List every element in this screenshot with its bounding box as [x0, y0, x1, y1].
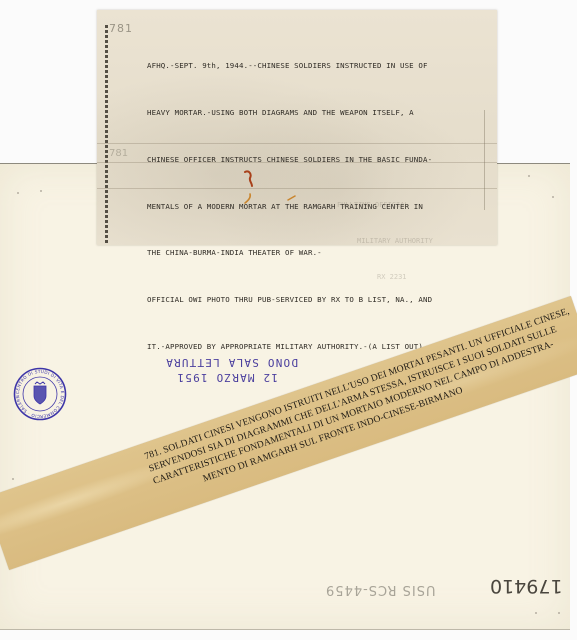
typed-line: AFHQ.-SEPT. 9th, 1944.--CHINESE SOLDIERS… [147, 58, 492, 74]
paper-speck [17, 192, 19, 194]
paper-speck [535, 612, 537, 614]
handwritten-inventory-number: 179410 [490, 575, 563, 597]
typed-line: CHINESE OFFICER INSTRUCTS CHINESE SOLDIE… [147, 152, 492, 168]
paper-speck [40, 190, 42, 192]
typed-line: HEAVY MORTAR.-USING BOTH DIAGRAMS AND TH… [147, 105, 492, 121]
paper-speck [12, 478, 14, 480]
handwritten-number: 781 [109, 22, 133, 35]
handwritten-number-faded: 781 [109, 148, 128, 159]
paper-speck [558, 612, 560, 614]
stamp-line: 12 MARZO 1951 [165, 370, 298, 385]
ghost-line: MILITARY AUTHORITY [217, 235, 467, 247]
ink-speck [287, 195, 297, 201]
stamp-line: DONO SALA LETTURA [165, 355, 298, 370]
press-caption-clipping: 781 781 AFHQ.-SEPT. 9th, 1944.--CHINESE … [97, 10, 497, 245]
paper-speck [528, 175, 530, 177]
red-ink-mark [243, 170, 255, 206]
pencil-archive-code: USIS RCS-4459 [325, 582, 435, 597]
library-round-stamp: CENTRO DI STUDI DI VITA E DEL COMMERCIO … [13, 367, 67, 421]
perforated-edge [105, 25, 108, 245]
donation-stamp: 12 MARZO 1951 DONO SALA LETTURA [165, 355, 298, 385]
ghost-line: RX 2231 [217, 271, 467, 283]
paper-speck [552, 196, 554, 198]
